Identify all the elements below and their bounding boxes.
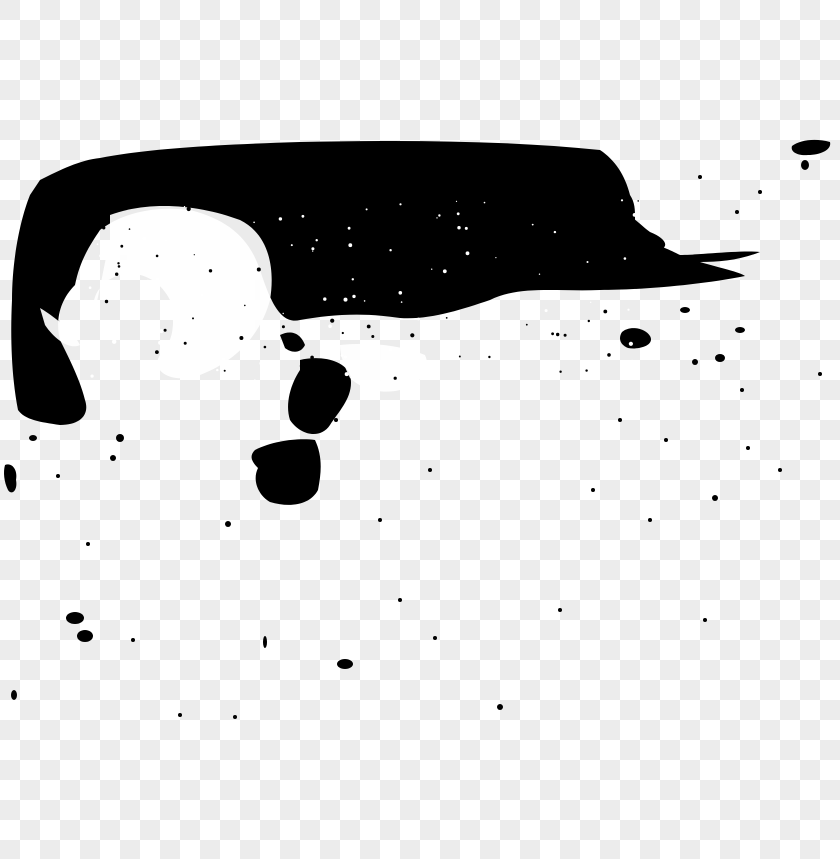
top-right-drop <box>792 140 831 155</box>
drip-blob <box>252 439 321 505</box>
grunge-splatter <box>0 0 840 859</box>
mid-right-blob <box>620 328 651 348</box>
lower-blob <box>288 358 351 434</box>
transparent-canvas: Black grunge ink splatter brush stroke o… <box>0 0 840 859</box>
peninsula <box>280 332 305 351</box>
left-edge-flake <box>4 464 16 492</box>
